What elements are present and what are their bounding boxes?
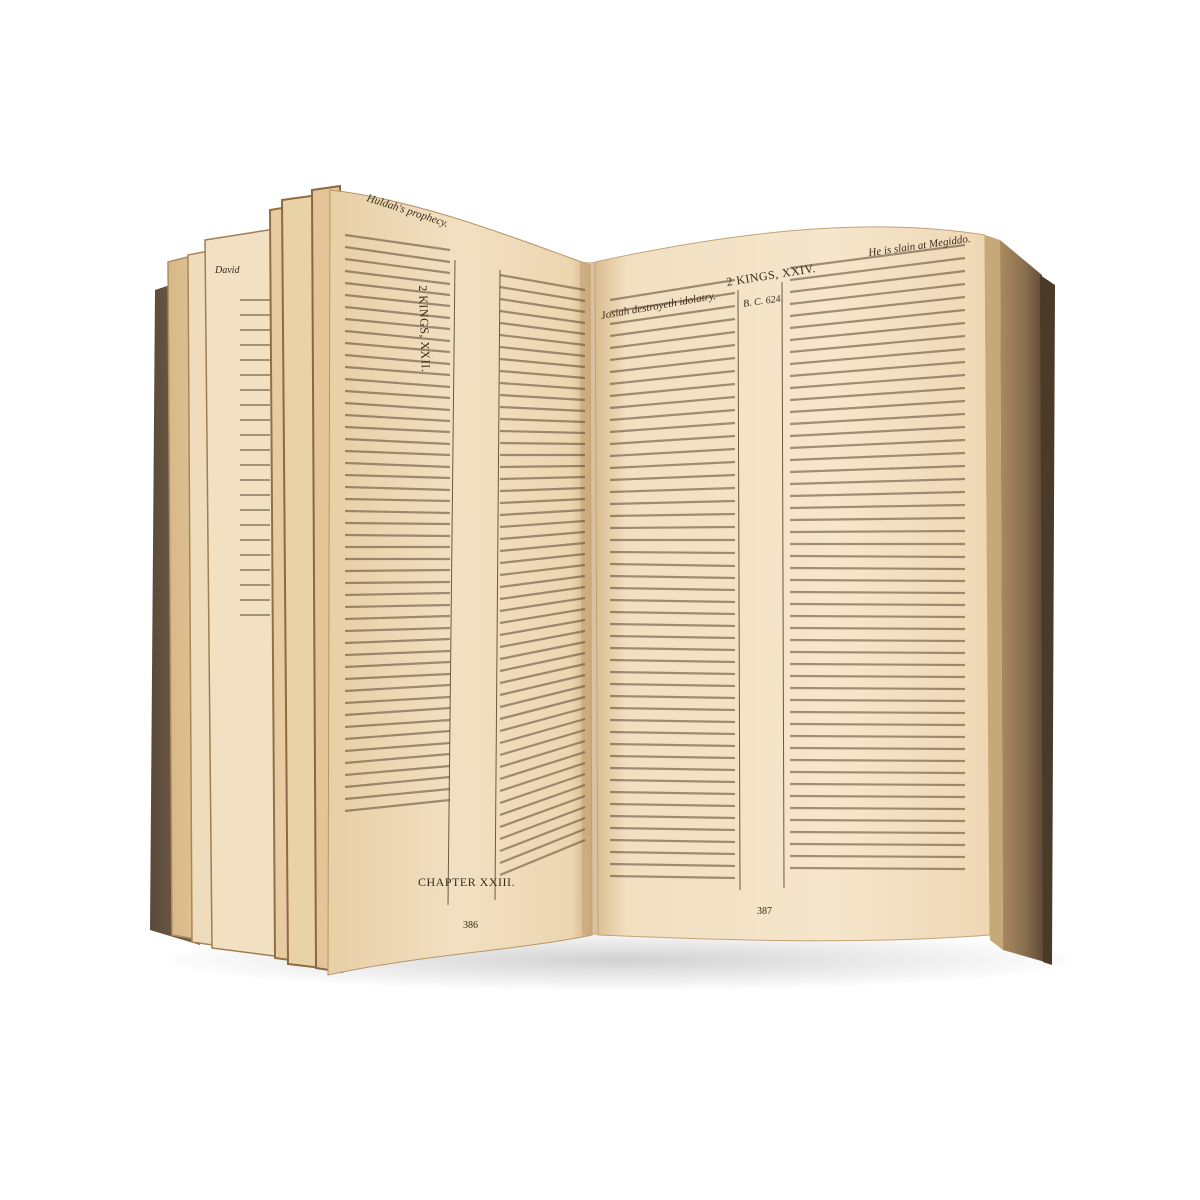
left-page-number: 386 [463, 920, 478, 931]
left-page-chapter-heading: CHAPTER XXIII. [418, 875, 515, 890]
open-book-illustration [0, 0, 1200, 1200]
photo-scene: Huldah's prophecy. 2 KINGS, XXII. CHAPTE… [0, 0, 1200, 1200]
stack-page-running-head: David [215, 265, 239, 276]
right-page-number: 387 [757, 906, 772, 917]
left-page-book-title: 2 KINGS, XXII. [415, 285, 433, 372]
